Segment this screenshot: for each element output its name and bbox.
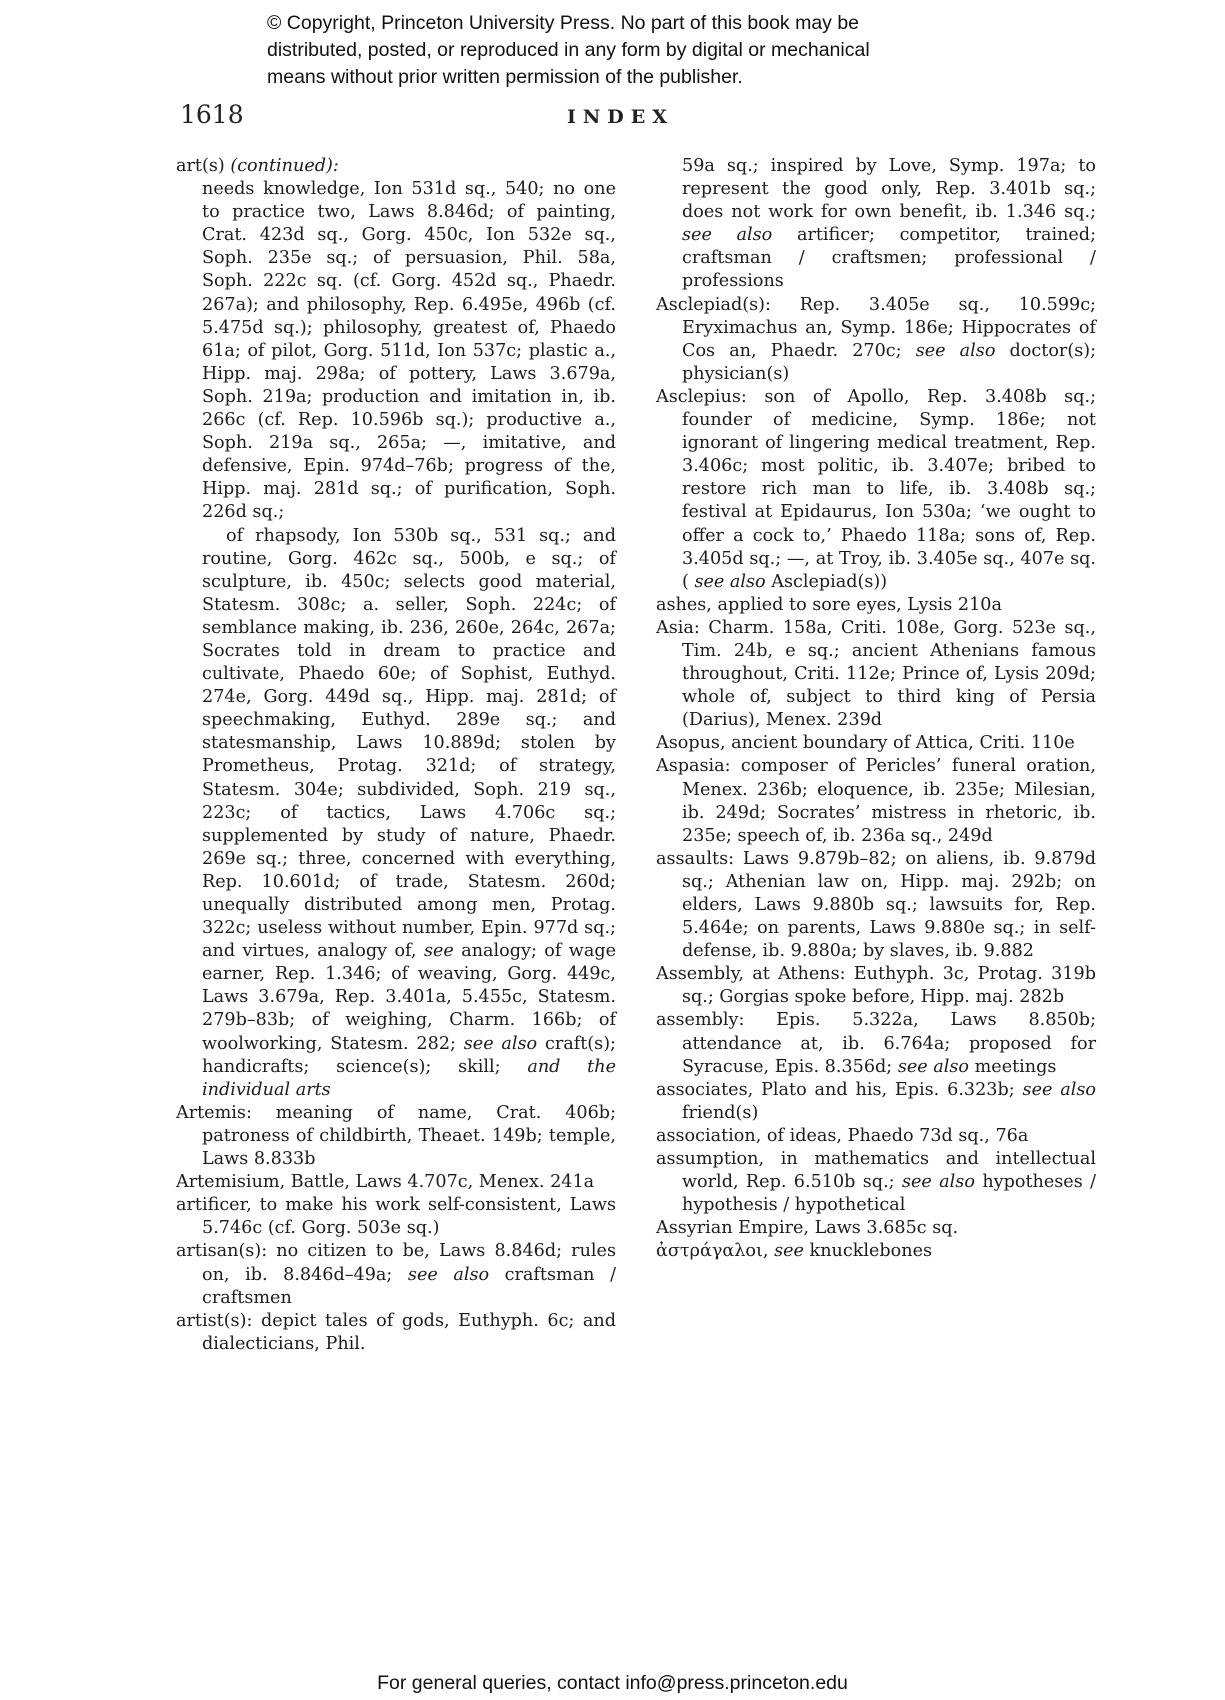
page-number: 1618 [180, 100, 244, 129]
index-entry-carryover: 59a sq.; inspired by Love, Symp. 197a; t… [656, 155, 1096, 294]
see-also-reference: see also [464, 1034, 537, 1054]
entry-head: artist(s) [176, 1311, 246, 1331]
cross-reference: Asclepiad(s)) [771, 572, 887, 592]
index-entry: artist(s): depict tales of gods, Euthyph… [176, 1310, 616, 1356]
index-entry: Assembly, at Athens: Euthyph. 3c, Protag… [656, 963, 1096, 1009]
entry-head: Assyrian Empire [656, 1218, 803, 1238]
entry-head: artisan(s) [176, 1241, 261, 1261]
index-entry: assaults: Laws 9.879b–82; on aliens, ib.… [656, 848, 1096, 963]
see-also-reference: see also [682, 225, 772, 245]
index-entry: Asclepiad(s): Rep. 3.405e sq., 10.599c; … [656, 294, 1096, 386]
index-entry: Artemisium, Battle, Laws 4.707c, Menex. … [176, 1171, 616, 1194]
entry-text: , [763, 1241, 769, 1261]
see-also-reference: see also [408, 1265, 489, 1285]
index-entry: Artemis: meaning of name, Crat. 406b; pa… [176, 1102, 616, 1171]
entry-head: Aspasia [656, 756, 725, 776]
cross-reference: meetings [975, 1057, 1057, 1077]
entry-text: , Battle, Laws 4.707c, Menex. 241a [280, 1172, 595, 1192]
entry-head: assumption [656, 1149, 758, 1169]
entry-head: artificer [176, 1195, 246, 1215]
entry-head: Asclepiad(s) [656, 295, 765, 315]
index-entry-art-continued: art(s) (continued): [176, 155, 616, 178]
index-entry: Asopus, ancient boundary of Attica, Crit… [656, 732, 1096, 755]
entry-head: ἀστράγαλοι [656, 1241, 763, 1261]
entry-text: : depict tales of gods, Euthyph. 6c; and… [202, 1311, 616, 1354]
cross-reference: knucklebones [810, 1241, 933, 1261]
index-entry: artisan(s): no citizen to be, Laws 8.846… [176, 1240, 616, 1309]
index-entry: ashes, applied to sore eyes, Lysis 210a [656, 594, 1096, 617]
entry-text: , of ideas, Phaedo 73d sq., 76a [756, 1126, 1029, 1146]
entry-head: association [656, 1126, 756, 1146]
entry-head: assembly [656, 1010, 738, 1030]
entry-text: , Laws 3.685c sq. [803, 1218, 958, 1238]
index-column-left: art(s) (continued): needs knowledge, Ion… [176, 155, 616, 1356]
see-also-reference: see also [902, 1172, 975, 1192]
copyright-line: © Copyright, Princeton University Press.… [267, 10, 987, 37]
entry-head: Artemis [176, 1103, 246, 1123]
entry-text: needs knowledge, Ion 531d sq., 540; no o… [202, 179, 616, 522]
index-entry: association, of ideas, Phaedo 73d sq., 7… [656, 1125, 1096, 1148]
entry-text: , to make his work self-consistent, Laws… [202, 1195, 616, 1238]
index-entry-list: Artemis: meaning of name, Crat. 406b; pa… [176, 1102, 616, 1356]
entry-head: Assembly [656, 964, 738, 984]
see-also-reference: see [774, 1241, 804, 1261]
entry-text: : meaning of name, Crat. 406b; patroness… [202, 1103, 616, 1169]
running-head: INDEX [567, 106, 674, 128]
entry-text: 59a sq.; inspired by Love, Symp. 197a; t… [682, 156, 1096, 222]
continued-note: (continued): [230, 156, 338, 176]
entry-text: : Charm. 158a, Criti. 108e, Gorg. 523e s… [682, 618, 1096, 730]
copyright-line: means without prior written permission o… [267, 64, 987, 91]
entry-text: of rhapsody, Ion 530b sq., 531 sq.; and … [202, 526, 616, 962]
index-column-right: 59a sq.; inspired by Love, Symp. 197a; t… [656, 155, 1096, 1264]
see-also-reference: see also [898, 1057, 969, 1077]
entry-text: , Plato and his, Epis. 6.323b; [748, 1080, 1015, 1100]
index-subentry-text: of rhapsody, Ion 530b sq., 531 sq.; and … [176, 525, 616, 1102]
entry-text: , applied to sore eyes, Lysis 210a [706, 595, 1002, 615]
index-entry: Assyrian Empire, Laws 3.685c sq. [656, 1217, 1096, 1240]
entry-head: Artemisium [176, 1172, 280, 1192]
entry-head: Asopus [656, 733, 720, 753]
index-entry: associates, Plato and his, Epis. 6.323b;… [656, 1079, 1096, 1125]
footer-contact: For general queries, contact info@press.… [0, 1672, 1225, 1695]
entry-head: assaults [656, 849, 728, 869]
copyright-notice: © Copyright, Princeton University Press.… [267, 10, 987, 91]
see-also-reference: see also [694, 572, 765, 592]
index-entry: Aspasia: composer of Pericles’ funeral o… [656, 755, 1096, 847]
see-also-reference: see also [1023, 1080, 1096, 1100]
entry-text: , at Athens: Euthyph. 3c, Protag. 319b s… [682, 964, 1096, 1007]
index-subentry-text: needs knowledge, Ion 531d sq., 540; no o… [176, 178, 616, 524]
entry-text: : Laws 9.879b–82; on aliens, ib. 9.879d … [682, 849, 1096, 961]
entry-head: ashes [656, 595, 706, 615]
see-also-reference: see also [916, 341, 996, 361]
index-entry: Asclepius: son of Apollo, Rep. 3.408b sq… [656, 386, 1096, 594]
index-entry: artificer, to make his work self-consist… [176, 1194, 616, 1240]
entry-head: associates [656, 1080, 748, 1100]
index-entry: Asia: Charm. 158a, Criti. 108e, Gorg. 52… [656, 617, 1096, 732]
see-reference: see [424, 941, 454, 961]
index-entry: assembly: Epis. 5.322a, Laws 8.850b; att… [656, 1009, 1096, 1078]
copyright-line: distributed, posted, or reproduced in an… [267, 37, 987, 64]
cross-reference: friend(s) [682, 1103, 758, 1123]
entry-head: Asia [656, 618, 694, 638]
index-entry: ἀστράγαλοι, see knucklebones [656, 1240, 1096, 1263]
index-entry: assumption, in mathematics and intellect… [656, 1148, 1096, 1217]
entry-text: : son of Apollo, Rep. 3.408b sq.; founde… [682, 387, 1096, 592]
entry-head: Asclepius [656, 387, 741, 407]
entry-text: : composer of Pericles’ funeral oration,… [682, 756, 1096, 845]
entry-head: art(s) [176, 156, 225, 176]
entry-text: , ancient boundary of Attica, Criti. 110… [720, 733, 1075, 753]
index-entry-list: Asclepiad(s): Rep. 3.405e sq., 10.599c; … [656, 294, 1096, 1264]
